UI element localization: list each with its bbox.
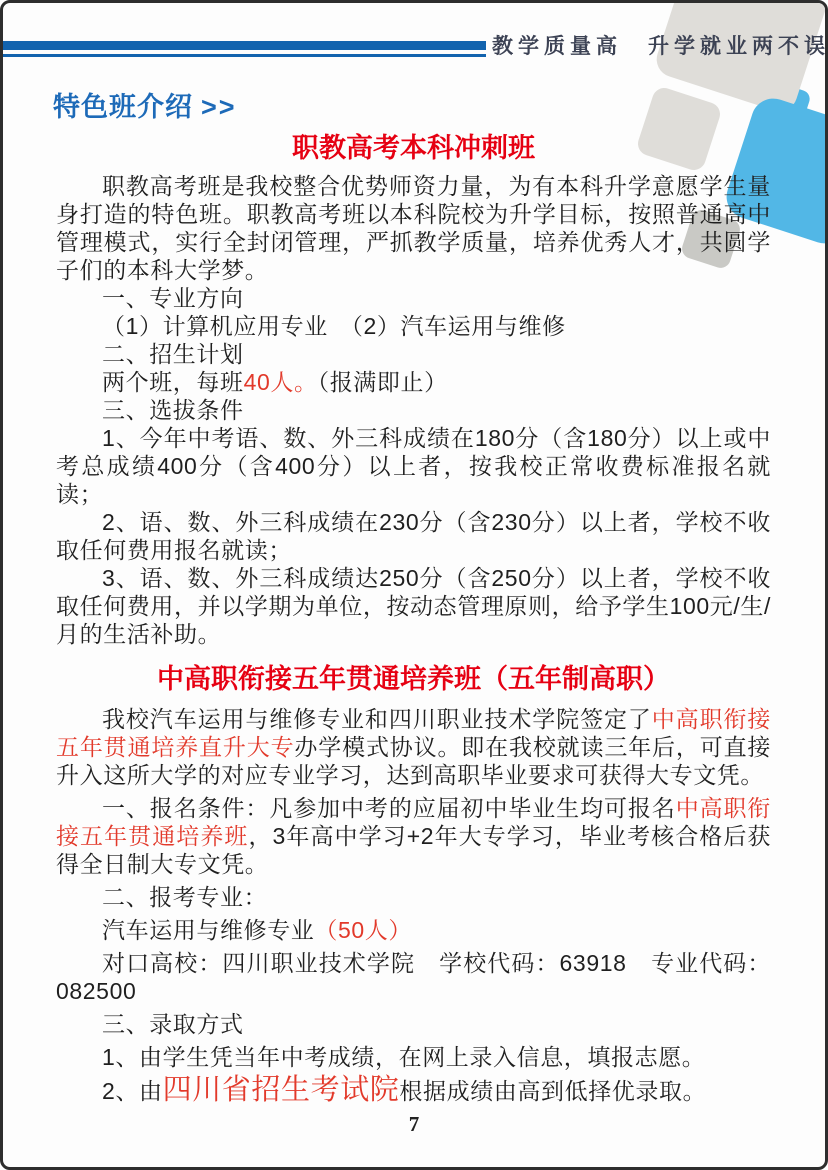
- text-run: 二、招生计划: [102, 341, 244, 367]
- paragraph: 2、由四川省招生考试院根据成绩由高到低择优录取。: [56, 1076, 771, 1105]
- text-run: （报满即止）: [318, 369, 448, 395]
- header-slogan: 教学质量高 升学就业两不误: [492, 30, 828, 60]
- text-run: 对口高校：四川职业技术学院 学校代码：63918 专业代码：082500: [56, 950, 771, 1004]
- paragraph: 职教高考班是我校整合优势师资力量，为有本科升学意愿学生量身打造的特色班。职教高考…: [56, 172, 771, 284]
- paragraph: 二、报考专业：: [56, 883, 771, 911]
- header-rule-thick: [3, 41, 486, 50]
- text-run: 40人。: [244, 369, 318, 395]
- section-title: 特色班介绍>>: [53, 85, 237, 124]
- text-run: 1、由学生凭当年中考成绩，在网上录入信息，填报志愿。: [102, 1044, 705, 1070]
- paragraph: 2、语、数、外三科成绩在230分（含230分）以上者，学校不收取任何费用报名就读…: [56, 508, 771, 564]
- paragraph: 对口高校：四川职业技术学院 学校代码：63918 专业代码：082500: [56, 949, 771, 1005]
- brochure-page: 教学质量高 升学就业两不误 特色班介绍>> 职教高考本科冲刺班 职教高考班是我校…: [0, 0, 828, 1170]
- paragraph: 1、今年中考语、数、外三科成绩在180分（含180分）以上或中考总成绩400分（…: [56, 424, 771, 508]
- text-run: 一、报名条件：凡参加中考的应届初中毕业生均可报名: [102, 795, 676, 821]
- section-five-year-program: 中高职衔接五年贯通培养班（五年制高职） 我校汽车运用与维修专业和四川职业技术学院…: [56, 662, 771, 1105]
- text-run: 四川省招生考试院: [163, 1074, 400, 1106]
- paragraph: 1、由学生凭当年中考成绩，在网上录入信息，填报志愿。: [56, 1043, 771, 1071]
- page-content: 职教高考本科冲刺班 职教高考班是我校整合优势师资力量，为有本科升学意愿学生量身打…: [56, 131, 771, 1110]
- text-run: 根据成绩由高到低择优录取。: [399, 1078, 706, 1104]
- text-run: 2、语、数、外三科成绩在230分（含230分）以上者，学校不收取任何费用报名就读…: [56, 509, 771, 563]
- paragraph: 二、招生计划: [56, 340, 771, 368]
- paragraph: 我校汽车运用与维修专业和四川职业技术学院签定了中高职衔接五年贯通培养直升大专办学…: [56, 705, 771, 789]
- paragraph: 一、专业方向: [56, 284, 771, 312]
- section-heading: 职教高考本科冲刺班: [56, 131, 771, 165]
- section-vocational-exam-class: 职教高考本科冲刺班 职教高考班是我校整合优势师资力量，为有本科升学意愿学生量身打…: [56, 131, 771, 648]
- text-run: 我校汽车运用与维修专业和四川职业技术学院签定了: [102, 706, 652, 732]
- text-run: 2、由: [102, 1078, 163, 1104]
- section-title-label: 特色班介绍: [53, 92, 193, 122]
- paragraph: 三、录取方式: [56, 1010, 771, 1038]
- text-run: 汽车运用与维修专业: [102, 917, 314, 943]
- text-run: 两个班，每班: [102, 369, 244, 395]
- page-number: 7: [3, 1112, 825, 1137]
- section-paragraphs: 我校汽车运用与维修专业和四川职业技术学院签定了中高职衔接五年贯通培养直升大专办学…: [56, 705, 771, 1105]
- double-arrow-icon: >>: [201, 92, 237, 122]
- header-rule-thin: [3, 54, 486, 57]
- text-run: 一、专业方向: [102, 285, 244, 311]
- text-run: 职教高考班是我校整合优势师资力量，为有本科升学意愿学生量身打造的特色班。职教高考…: [56, 173, 771, 283]
- text-run: （1）计算机应用专业 （2）汽车运用与维修: [102, 313, 566, 339]
- text-run: 1、今年中考语、数、外三科成绩在180分（含180分）以上或中考总成绩400分（…: [56, 425, 771, 507]
- paragraph: （1）计算机应用专业 （2）汽车运用与维修: [56, 312, 771, 340]
- paragraph: 三、选拔条件: [56, 396, 771, 424]
- text-run: 3、语、数、外三科成绩达250分（含250分）以上者，学校不收取任何费用，并以学…: [56, 565, 771, 647]
- section-heading: 中高职衔接五年贯通培养班（五年制高职）: [56, 662, 771, 696]
- text-run: 三、录取方式: [102, 1011, 244, 1037]
- section-paragraphs: 职教高考班是我校整合优势师资力量，为有本科升学意愿学生量身打造的特色班。职教高考…: [56, 172, 771, 648]
- text-run: 二、报考专业：: [102, 884, 267, 910]
- text-run: 三、选拔条件: [102, 397, 244, 423]
- paragraph: 一、报名条件：凡参加中考的应届初中毕业生均可报名中高职衔接五年贯通培养班，3年高…: [56, 794, 771, 878]
- text-run: （50人）: [314, 917, 412, 943]
- paragraph: 两个班，每班40人。（报满即止）: [56, 368, 771, 396]
- paragraph: 汽车运用与维修专业（50人）: [56, 916, 771, 944]
- paragraph: 3、语、数、外三科成绩达250分（含250分）以上者，学校不收取任何费用，并以学…: [56, 564, 771, 648]
